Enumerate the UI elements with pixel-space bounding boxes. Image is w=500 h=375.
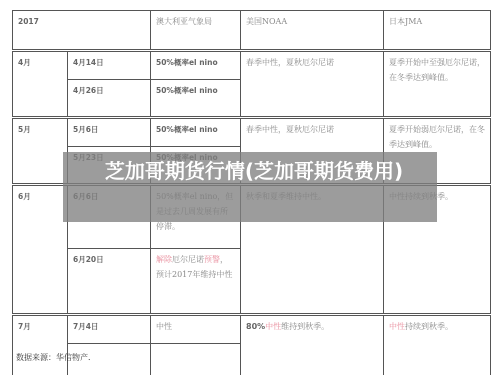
red-text: 预警 [204,255,220,264]
table-row: 4月 4月14日 50%概率el nino 春季中性，夏秋厄尔尼诺 夏季开始中至… [13,51,491,80]
australia-cell: 中性 [151,315,241,344]
date-cell: 6月20日 [68,249,151,315]
year-header: 2017 [13,11,151,51]
noaa-cell: 春季中性，夏秋厄尔尼诺 [241,51,384,118]
red-text: 解除 [156,255,172,264]
month-cell: 7月 [13,315,68,375]
jma-header: 日本JMA [384,11,491,51]
jma-cell: 夏季开始中至强厄尔尼诺，在冬季达到峰值。 [384,51,491,118]
australia-bom-header: 澳大利亚气象局 [151,11,241,51]
overlay-title: 芝加哥期货行情(芝加哥期货费用) [74,156,434,186]
table-row: 7月 7月4日 中性 80%中性维持到秋季。 中性持续到秋季。 [13,315,491,344]
date-cell: 7月4日 [68,315,151,344]
jma-cell: 中性持续到秋季。 [384,315,491,375]
noaa-cell: 80%中性维持到秋季。 [241,315,384,375]
australia-cell: 50%概率el nino [151,51,241,80]
month-cell: 5月 [13,118,68,185]
australia-cell [151,344,241,375]
australia-cell: 50%概率el nino [151,118,241,147]
date-cell: 5月6日 [68,118,151,147]
noaa-header: 美国NOAA [241,11,384,51]
date-cell: 4月14日 [68,51,151,80]
table-header-row: 2017 澳大利亚气象局 美国NOAA 日本JMA [13,11,491,51]
table-row: 5月 5月6日 50%概率el nino 春季中性，夏秋厄尔尼诺 夏季开始弱厄尔… [13,118,491,147]
australia-cell: 解除厄尔尼诺预警，预计2017年维持中性 [151,249,241,315]
month-cell: 4月 [13,51,68,118]
australia-cell: 50%概率el nino [151,80,241,118]
date-cell: 4月26日 [68,80,151,118]
month-cell: 6月 [13,185,68,315]
data-source-note: 数据来源：华信物产． [16,352,96,363]
